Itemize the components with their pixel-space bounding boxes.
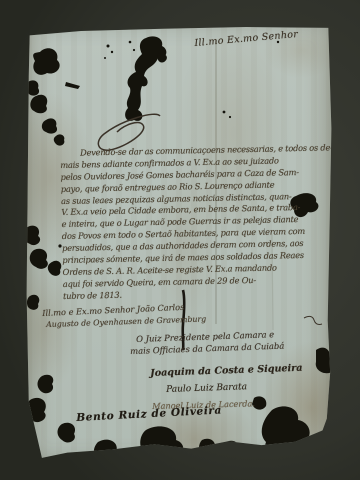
signature: Bento Ruiz de Oliveira [76, 404, 222, 424]
signature: Paulo Luiz Barata [166, 382, 247, 395]
signature: Joaquim da Costa e Siqueira [150, 363, 303, 379]
photographed-manuscript-scene: Ill.mo Ex.mo Senhor Devendo-se dar as co… [0, 0, 360, 480]
letter-body: Devendo-se dar as communicaçoens necessa… [60, 142, 336, 302]
salutation-heading: Ill.mo Ex.mo Senhor [194, 29, 299, 49]
manuscript-paper-sheet: Ill.mo Ex.mo Senhor Devendo-se dar as co… [26, 24, 332, 460]
